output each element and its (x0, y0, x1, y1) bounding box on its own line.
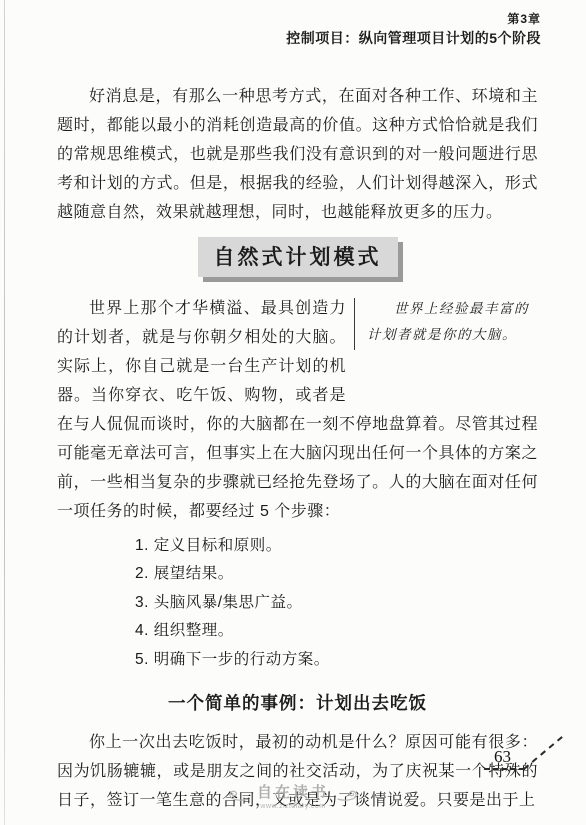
page-number-dash-underline (484, 768, 525, 770)
step-item-2: 2. 展望结果。 (135, 560, 538, 589)
paragraph-natural-planning: 世界上经验最丰富的计划者就是你的大脑。 世界上那个才华横溢、最具创造力的计划者，… (57, 294, 538, 526)
section-title-natural-planning: 自然式计划模式 (198, 237, 398, 277)
page-content: 好消息是，有那么一种思考方式，在面对各种工作、环境和主题时，都能以最小的消耗创造… (57, 82, 538, 816)
step-item-5: 5. 明确下一步的行动方案。 (135, 646, 538, 675)
section-heading-wrap: 自然式计划模式 (57, 237, 538, 277)
page-number-dash-diagonal (523, 736, 563, 770)
chapter-title: 控制项目：纵向管理项目计划的5个阶段 (0, 30, 541, 48)
watermark-wing-right-icon (336, 788, 359, 803)
running-head: 第3章 控制项目：纵向管理项目计划的5个阶段 (0, 0, 586, 48)
step-item-4: 4. 组织整理。 (135, 617, 538, 646)
book-page: 第3章 控制项目：纵向管理项目计划的5个阶段 好消息是，有那么一种思考方式，在面… (0, 0, 586, 825)
margin-note-block: 世界上经验最丰富的计划者就是你的大脑。 (354, 296, 538, 384)
margin-note: 世界上经验最丰富的计划者就是你的大脑。 (355, 296, 538, 348)
steps-list: 1. 定义目标和原则。 2. 展望结果。 3. 头脑风暴/集思广益。 4. 组织… (135, 532, 538, 675)
watermark-logo: 自在读书 www.zizidiary.com (0, 781, 586, 810)
watermark-url: www.zizidiary.com (257, 803, 329, 810)
step-item-3: 3. 头脑风暴/集思广益。 (135, 589, 538, 618)
page-number: 63 (494, 747, 511, 767)
page-number-block: 63 (478, 731, 578, 781)
watermark-text-block: 自在读书 www.zizidiary.com (257, 781, 329, 810)
scan-edge-line (4, 0, 5, 825)
chapter-label: 第3章 (0, 12, 541, 27)
step-item-1: 1. 定义目标和原则。 (135, 532, 538, 561)
paragraph-intro: 好消息是，有那么一种思考方式，在面对各种工作、环境和主题时，都能以最小的消耗创造… (57, 82, 538, 227)
watermark-wing-left-icon (227, 788, 250, 803)
section-title-example: 一个简单的事例：计划出去吃饭 (57, 690, 538, 715)
watermark-title: 自在读书 (257, 781, 329, 802)
